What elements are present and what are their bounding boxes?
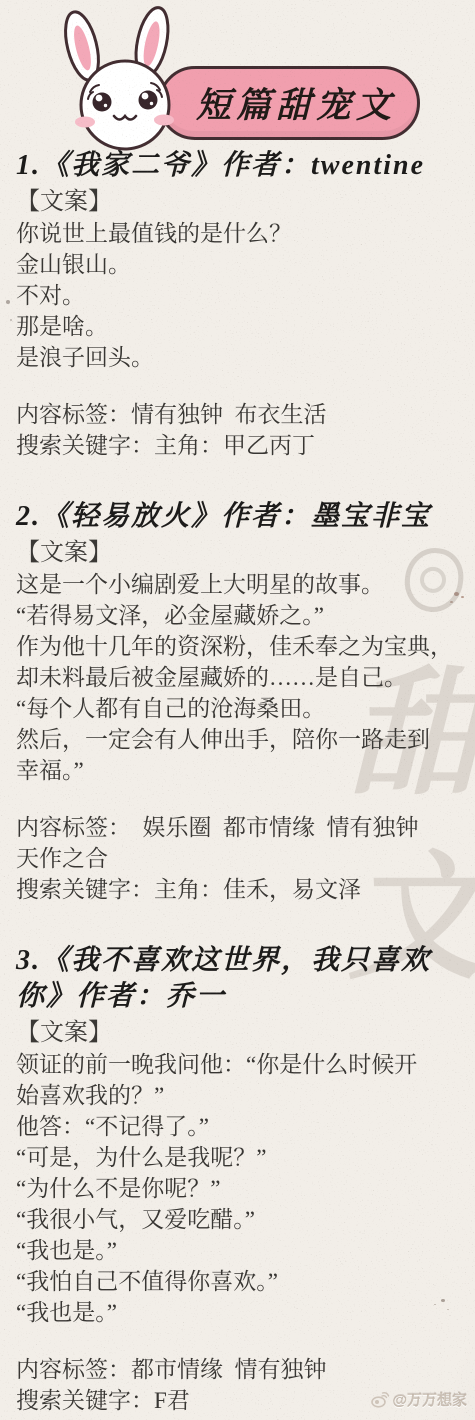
tags-line: 内容标签： 娱乐圈 都市情缘 情有独钟 天作之合: [16, 812, 463, 874]
book-meta: 内容标签： 娱乐圈 都市情缘 情有独钟 天作之合 搜索关键字：主角：佳禾，易文泽: [16, 812, 463, 905]
tags-line: 内容标签：情有独钟 布衣生活: [16, 399, 463, 430]
weibo-logo-icon: [371, 1392, 389, 1408]
book-meta: 内容标签：情有独钟 布衣生活 搜索关键字：主角：甲乙丙丁: [16, 399, 463, 461]
synopsis-text: 你说世上最值钱的是什么？ 金山银山。 不对。 那是啥。 是浪子回头。: [16, 218, 463, 373]
synopsis-text: 这是一个小编剧爱上大明星的故事。 “若得易文泽，必金屋藏娇之。” 作为他十几年的…: [16, 569, 463, 786]
search-line: 搜索关键字：主角：佳禾，易文泽: [16, 874, 463, 905]
weibo-watermark: @万万想家: [371, 1389, 467, 1410]
tags-line: 内容标签：都市情缘 情有独钟: [16, 1354, 463, 1385]
book-entry-3: 3.《我不喜欢这世界，我只喜欢 你》作者：乔一 【文案】 领证的前一晚我问他：“…: [16, 943, 463, 1416]
book-heading: 2.《轻易放火》作者：墨宝非宝: [16, 499, 463, 535]
header: 短篇甜宠文: [0, 0, 475, 148]
recommendation-card: 甜文 短篇甜宠文: [0, 0, 475, 1420]
synopsis-label: 【文案】: [16, 187, 463, 218]
book-list: 1.《我家二爷》作者：twentine 【文案】 你说世上最值钱的是什么？ 金山…: [0, 148, 475, 1416]
synopsis-text: 领证的前一晚我问他：“你是什么时候开 始喜欢我的？” 他答：“不记得了。” “可…: [16, 1049, 463, 1328]
weibo-watermark-text: @万万想家: [392, 1389, 467, 1410]
rabbit-mascot-icon: [40, 4, 212, 164]
synopsis-label: 【文案】: [16, 538, 463, 569]
page-title: 短篇甜宠文: [182, 78, 396, 128]
search-line: 搜索关键字：主角：甲乙丙丁: [16, 430, 463, 461]
book-heading: 3.《我不喜欢这世界，我只喜欢 你》作者：乔一: [16, 943, 463, 1015]
book-entry-2: 2.《轻易放火》作者：墨宝非宝 【文案】 这是一个小编剧爱上大明星的故事。 “若…: [16, 499, 463, 905]
synopsis-label: 【文案】: [16, 1018, 463, 1049]
book-entry-1: 1.《我家二爷》作者：twentine 【文案】 你说世上最值钱的是什么？ 金山…: [16, 148, 463, 461]
